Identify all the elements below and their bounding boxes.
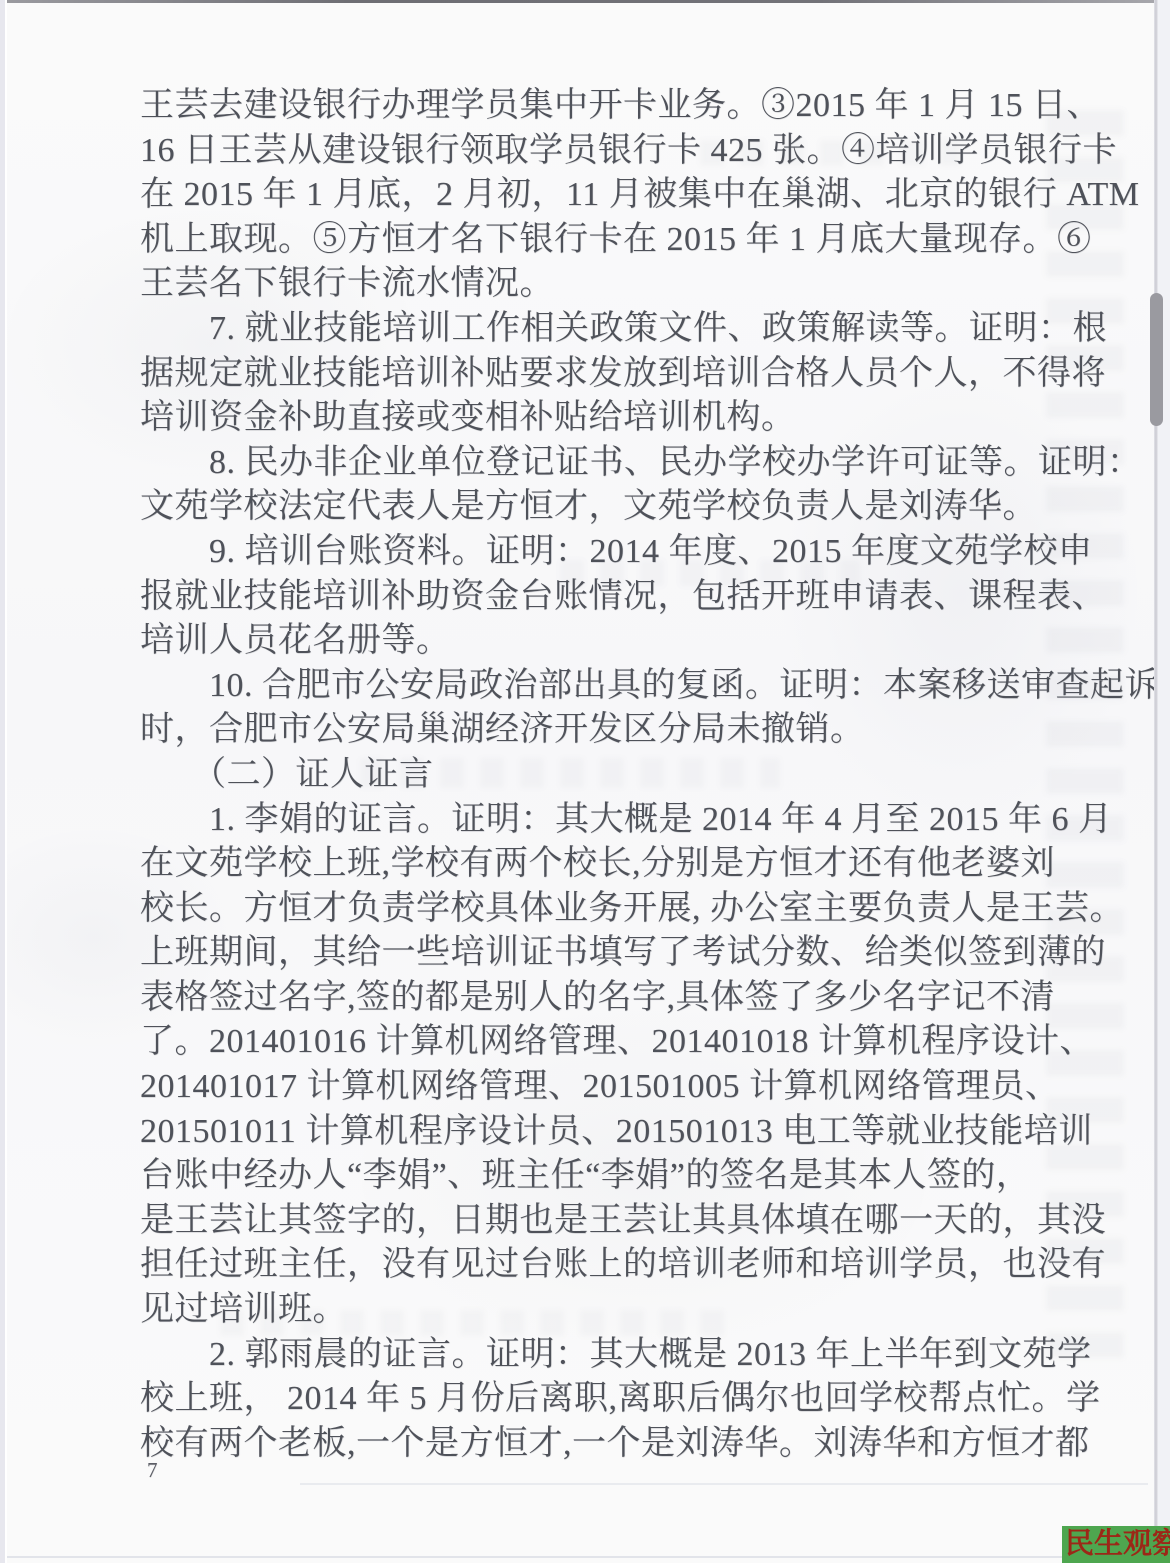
document-line: 了。201401016 计算机网络管理、201401018 计算机程序设计、 [140,1020,1055,1065]
document-line: 201401017 计算机网络管理、201501005 计算机网络管理员、 [140,1065,1055,1110]
scan-top-edge [0,0,1170,3]
watermark-badge: 民生观察 [1062,1526,1170,1563]
scan-left-edge [0,0,7,1563]
document-text: 王芸去建设银行办理学员集中开卡业务。③2015 年 1 月 15 日、16 日王… [140,84,1055,1466]
document-line: 7. 就业技能培训工作相关政策文件、政策解读等。证明：根 [140,307,1055,352]
scrollbar-track [1158,0,1170,1563]
document-line: 担任过班主任，没有见过台账上的培训老师和培训学员，也没有 [140,1243,1055,1288]
document-line: 台账中经办人“李娟”、班主任“李娟”的签名是其本人签的， [140,1154,1055,1199]
bleedthrough-noise-right-margin [1046,110,1124,1370]
document-viewer: 王芸去建设银行办理学员集中开卡业务。③2015 年 1 月 15 日、16 日王… [0,0,1170,1563]
document-line: 王芸名下银行卡流水情况。 [140,262,1055,307]
document-line: 1. 李娟的证言。证明：其大概是 2014 年 4 月至 2015 年 6 月 [140,798,1055,843]
document-line: 2. 郭雨晨的证言。证明：其大概是 2013 年上半年到文苑学 [140,1333,1055,1378]
document-line: 在文苑学校上班,学校有两个校长,分别是方恒才还有他老婆刘 [140,842,1055,887]
document-line: 校上班， 2014 年 5 月份后离职,离职后偶尔也回学校帮点忙。学 [140,1377,1055,1422]
document-line: 文苑学校法定代表人是方恒才，文苑学校负责人是刘涛华。 [140,485,1055,530]
document-line: 9. 培训台账资料。证明：2014 年度、2015 年度文苑学校申 [140,530,1055,575]
document-line: 201501011 计算机程序设计员、201501013 电工等就业技能培训 [140,1110,1055,1155]
document-line: 校长。方恒才负责学校具体业务开展, 办公室主要负责人是王芸。 [140,887,1055,932]
document-line: 8. 民办非企业单位登记证书、民办学校办学许可证等。证明： [140,441,1055,486]
document-line: 机上取现。⑤方恒才名下银行卡在 2015 年 1 月底大量现存。⑥ [140,218,1055,263]
document-line: 在 2015 年 1 月底，2 月初，11 月被集中在巢湖、北京的银行 ATM [140,173,1055,218]
document-line: 校有两个老板,一个是方恒才,一个是刘涛华。刘涛华和方恒才都 [140,1422,1055,1467]
document-line: 时，合肥市公安局巢湖经济开发区分局未撤销。 [140,708,1055,753]
document-line: 是王芸让其签字的，日期也是王芸让其具体填在哪一天的，其没 [140,1199,1055,1244]
scan-artifact-line-bottom [0,1556,1156,1558]
document-line: 表格签过名字,签的都是别人的名字,具体签了多少名字记不清 [140,976,1055,1021]
document-line: 据规定就业技能培训补贴要求发放到培训合格人员个人，不得将 [140,352,1055,397]
document-line: 王芸去建设银行办理学员集中开卡业务。③2015 年 1 月 15 日、 [140,84,1055,129]
document-line: 16 日王芸从建设银行领取学员银行卡 425 张。④培训学员银行卡 [140,129,1055,174]
document-line: 上班期间，其给一些培训证书填写了考试分数、给类似签到薄的 [140,931,1055,976]
scrollbar-thumb[interactable] [1150,293,1163,426]
page-number: 7 [147,1458,158,1483]
document-line: 培训资金补助直接或变相补贴给培训机构。 [140,396,1055,441]
document-line: 培训人员花名册等。 [140,619,1055,664]
document-line: 10. 合肥市公安局政治部出具的复函。证明：本案移送审查起诉 [140,664,1055,709]
document-line: 见过培训班。 [140,1288,1055,1333]
scan-artifact-line [300,1483,1148,1485]
document-line: 报就业技能培训补助资金台账情况，包括开班申请表、课程表、 [140,575,1055,620]
document-line: （二）证人证言 [140,753,1055,798]
